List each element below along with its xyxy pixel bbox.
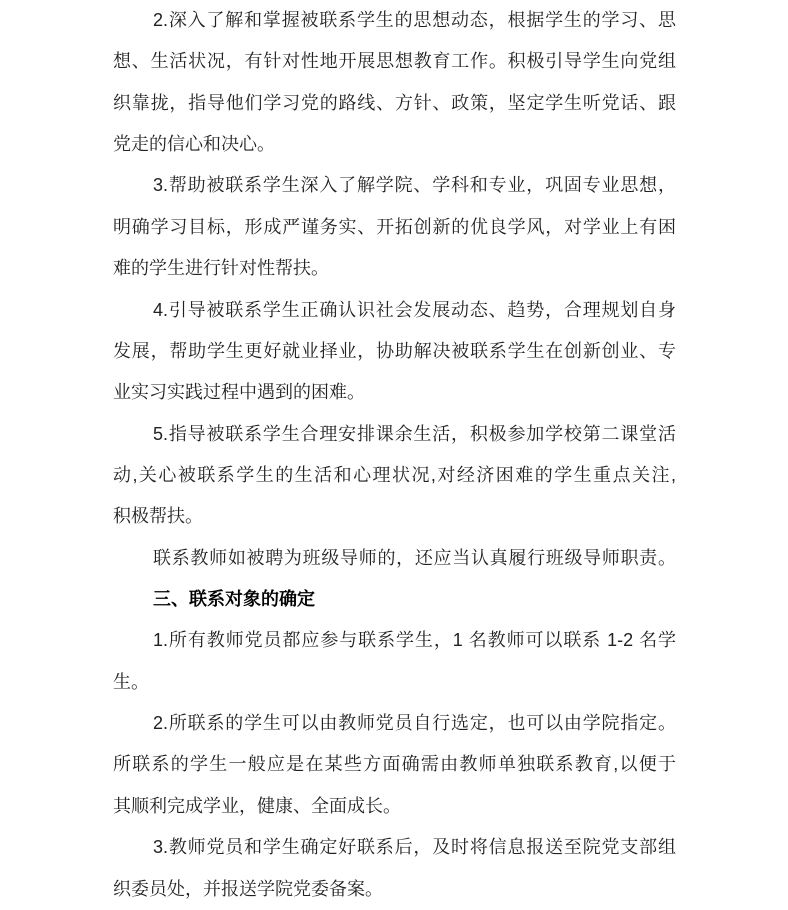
text-line: 3.教师党员和学生确定好联系后，及时将信息报送至院党支部组 [113, 827, 676, 868]
text-line: 所联系的学生一般应是在某些方面确需由教师单独联系教育,以便于 [113, 744, 676, 785]
paragraph-target-2: 2.所联系的学生可以由教师党员自行选定，也可以由学院指定。 所联系的学生一般应是… [113, 703, 676, 827]
text-line: 织靠拢，指导他们学习党的路线、方针、政策，坚定学生听党话、跟 [113, 83, 676, 124]
text-line: 联系教师如被聘为班级导师的，还应当认真履行班级导师职责。 [113, 538, 676, 579]
paragraph-duty-3: 3.帮助被联系学生深入了解学院、学科和专业，巩固专业思想， 明确学习目标，形成严… [113, 165, 676, 289]
section-heading-text: 三、联系对象的确定 [113, 579, 676, 620]
text-line: 其顺利完成学业，健康、全面成长。 [113, 786, 676, 827]
text-line: 发展，帮助学生更好就业择业，协助解决被联系学生在创新创业、专 [113, 331, 676, 372]
section-heading-3: 三、联系对象的确定 [113, 579, 676, 620]
text-line: 想、生活状况，有针对性地开展思想教育工作。积极引导学生向党组 [113, 41, 676, 82]
paragraph-duty-4: 4.引导被联系学生正确认识社会发展动态、趋势，合理规划自身 发展，帮助学生更好就… [113, 290, 676, 414]
text-line: 1.所有教师党员都应参与联系学生，1 名教师可以联系 1-2 名学 [113, 620, 676, 661]
document-page: 2.深入了解和掌握被联系学生的思想动态，根据学生的学习、思 想、生活状况，有针对… [0, 0, 788, 910]
text-line: 4.引导被联系学生正确认识社会发展动态、趋势，合理规划自身 [113, 290, 676, 331]
text-line: 生。 [113, 662, 676, 703]
text-line: 5.指导被联系学生合理安排课余生活，积极参加学校第二课堂活 [113, 414, 676, 455]
text-line: 2.所联系的学生可以由教师党员自行选定，也可以由学院指定。 [113, 703, 676, 744]
text-line: 3.帮助被联系学生深入了解学院、学科和专业，巩固专业思想， [113, 165, 676, 206]
paragraph-target-1: 1.所有教师党员都应参与联系学生，1 名教师可以联系 1-2 名学 生。 [113, 620, 676, 703]
text-line: 党走的信心和决心。 [113, 124, 676, 165]
text-line: 业实习实践过程中遇到的困难。 [113, 372, 676, 413]
paragraph-duty-5: 5.指导被联系学生合理安排课余生活，积极参加学校第二课堂活 动,关心被联系学生的… [113, 414, 676, 538]
paragraph-tutor-note: 联系教师如被聘为班级导师的，还应当认真履行班级导师职责。 [113, 538, 676, 579]
text-line: 难的学生进行针对性帮扶。 [113, 248, 676, 289]
paragraph-target-3: 3.教师党员和学生确定好联系后，及时将信息报送至院党支部组 织委员处，并报送学院… [113, 827, 676, 910]
text-line: 积极帮扶。 [113, 496, 676, 537]
text-line: 2.深入了解和掌握被联系学生的思想动态，根据学生的学习、思 [113, 0, 676, 41]
paragraph-duty-2: 2.深入了解和掌握被联系学生的思想动态，根据学生的学习、思 想、生活状况，有针对… [113, 0, 676, 165]
text-line: 织委员处，并报送学院党委备案。 [113, 869, 676, 910]
text-line: 动,关心被联系学生的生活和心理状况,对经济困难的学生重点关注, [113, 455, 676, 496]
text-line: 明确学习目标，形成严谨务实、开拓创新的优良学风，对学业上有困 [113, 207, 676, 248]
